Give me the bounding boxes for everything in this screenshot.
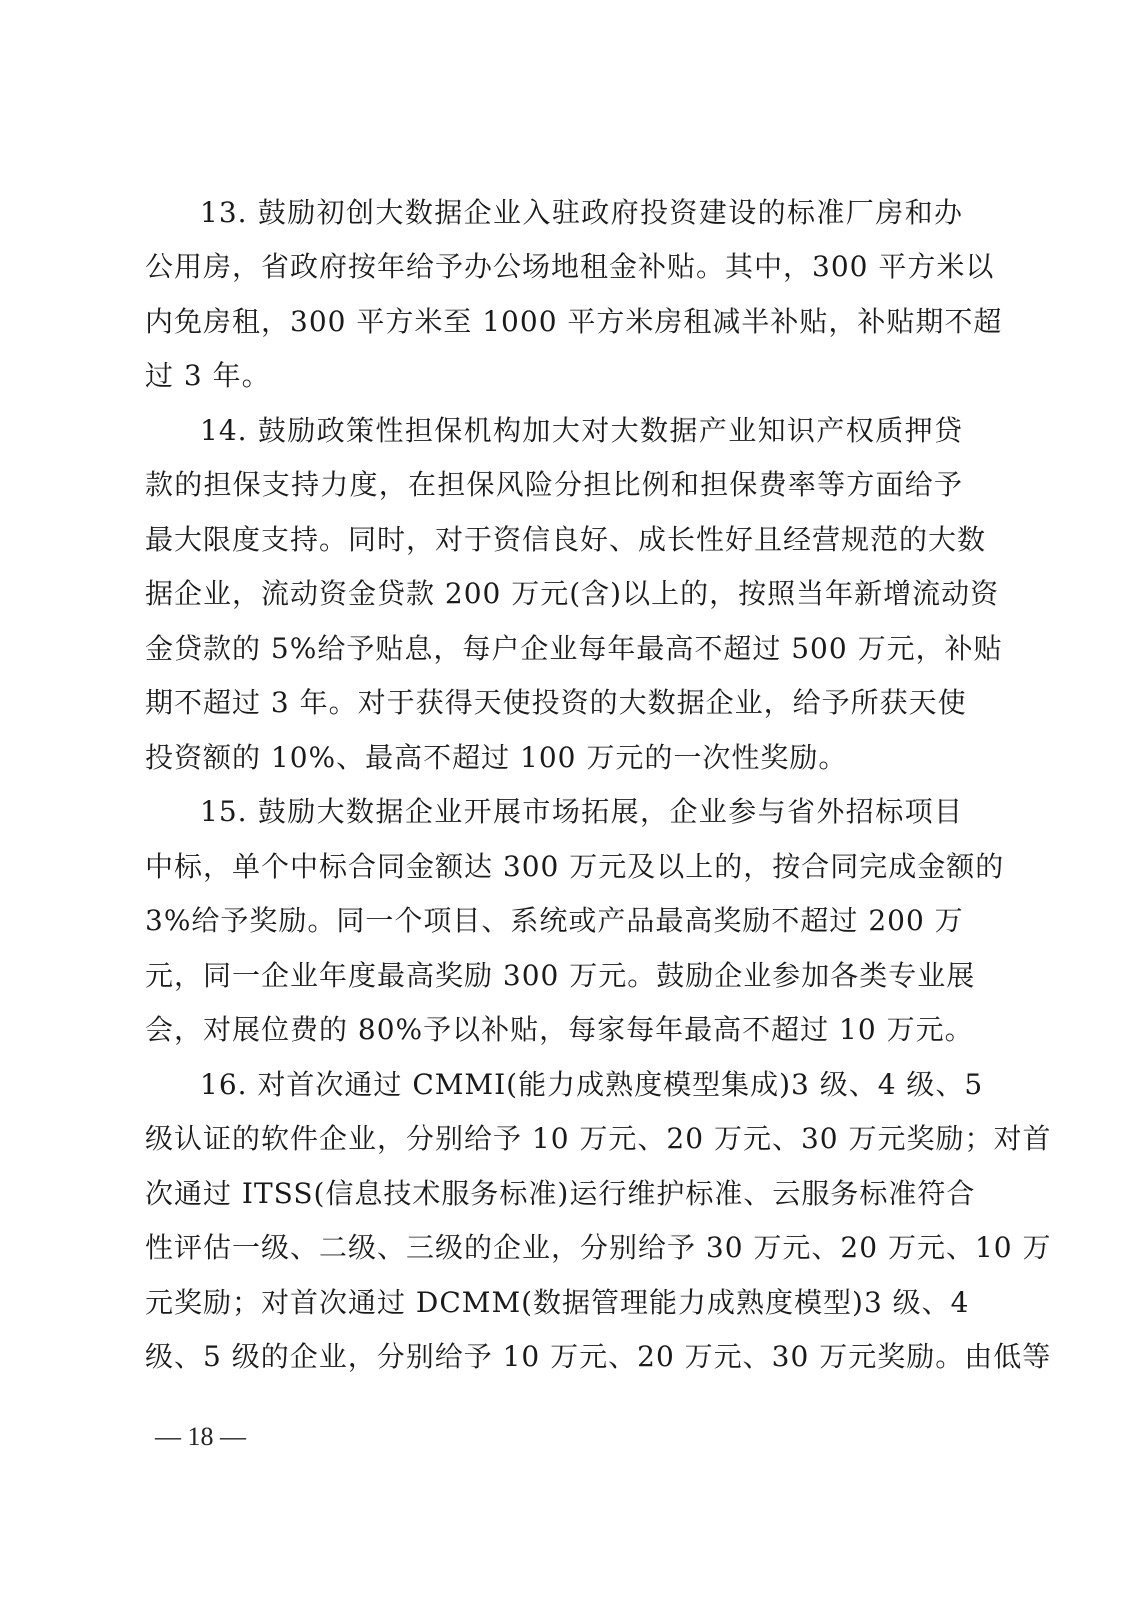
paragraph-14-line-1: 14. 鼓励政策性担保机构加大对大数据产业知识产权质押贷 bbox=[200, 411, 963, 451]
paragraph-16-line-1: 16. 对首次通过 CMMI(能力成熟度模型集成)3 级、4 级、5 bbox=[200, 1065, 963, 1105]
paragraph-15-line-2: 中标，单个中标合同金额达 300 万元及以上的，按合同完成金额的 bbox=[145, 847, 963, 887]
paragraph-14-line-5: 金贷款的 5%给予贴息，每户企业每年最高不超过 500 万元，补贴 bbox=[145, 629, 963, 669]
paragraph-15-line-5: 会，对展位费的 80%予以补贴，每家每年最高不超过 10 万元。 bbox=[145, 1010, 963, 1050]
paragraph-16-line-4: 性评估一级、二级、三级的企业，分别给予 30 万元、20 万元、10 万 bbox=[145, 1228, 963, 1268]
paragraph-14-line-3: 最大限度支持。同时，对于资信良好、成长性好且经营规范的大数 bbox=[145, 520, 963, 560]
paragraph-15-line-3: 3%给予奖励。同一个项目、系统或产品最高奖励不超过 200 万 bbox=[145, 901, 963, 941]
paragraph-13-line-1: 13. 鼓励初创大数据企业入驻政府投资建设的标准厂房和办 bbox=[200, 193, 963, 233]
paragraph-16-line-6: 级、5 级的企业，分别给予 10 万元、20 万元、30 万元奖励。由低等 bbox=[145, 1337, 963, 1377]
paragraph-13-line-3: 内免房租，300 平方米至 1000 平方米房租减半补贴，补贴期不超 bbox=[145, 302, 963, 342]
paragraph-15-line-1: 15. 鼓励大数据企业开展市场拓展，企业参与省外招标项目 bbox=[200, 792, 963, 832]
paragraph-14-line-7: 投资额的 10%、最高不超过 100 万元的一次性奖励。 bbox=[145, 738, 963, 778]
paragraph-13-line-4: 过 3 年。 bbox=[145, 356, 963, 396]
paragraph-14-line-4: 据企业，流动资金贷款 200 万元(含)以上的，按照当年新增流动资 bbox=[145, 574, 963, 614]
page-number: — 18 — bbox=[155, 1420, 246, 1454]
document-page: 13. 鼓励初创大数据企业入驻政府投资建设的标准厂房和办 公用房，省政府按年给予… bbox=[0, 0, 1125, 1600]
paragraph-14-line-2: 款的担保支持力度，在担保风险分担比例和担保费率等方面给予 bbox=[145, 465, 963, 505]
paragraph-16-line-2: 级认证的软件企业，分别给予 10 万元、20 万元、30 万元奖励；对首 bbox=[145, 1119, 963, 1159]
paragraph-14-line-6: 期不超过 3 年。对于获得天使投资的大数据企业，给予所获天使 bbox=[145, 683, 963, 723]
paragraph-16-line-5: 元奖励；对首次通过 DCMM(数据管理能力成熟度模型)3 级、4 bbox=[145, 1283, 963, 1323]
paragraph-13-line-2: 公用房，省政府按年给予办公场地租金补贴。其中，300 平方米以 bbox=[145, 247, 963, 287]
paragraph-16-line-3: 次通过 ITSS(信息技术服务标准)运行维护标准、云服务标准符合 bbox=[145, 1174, 963, 1214]
paragraph-15-line-4: 元，同一企业年度最高奖励 300 万元。鼓励企业参加各类专业展 bbox=[145, 956, 963, 996]
